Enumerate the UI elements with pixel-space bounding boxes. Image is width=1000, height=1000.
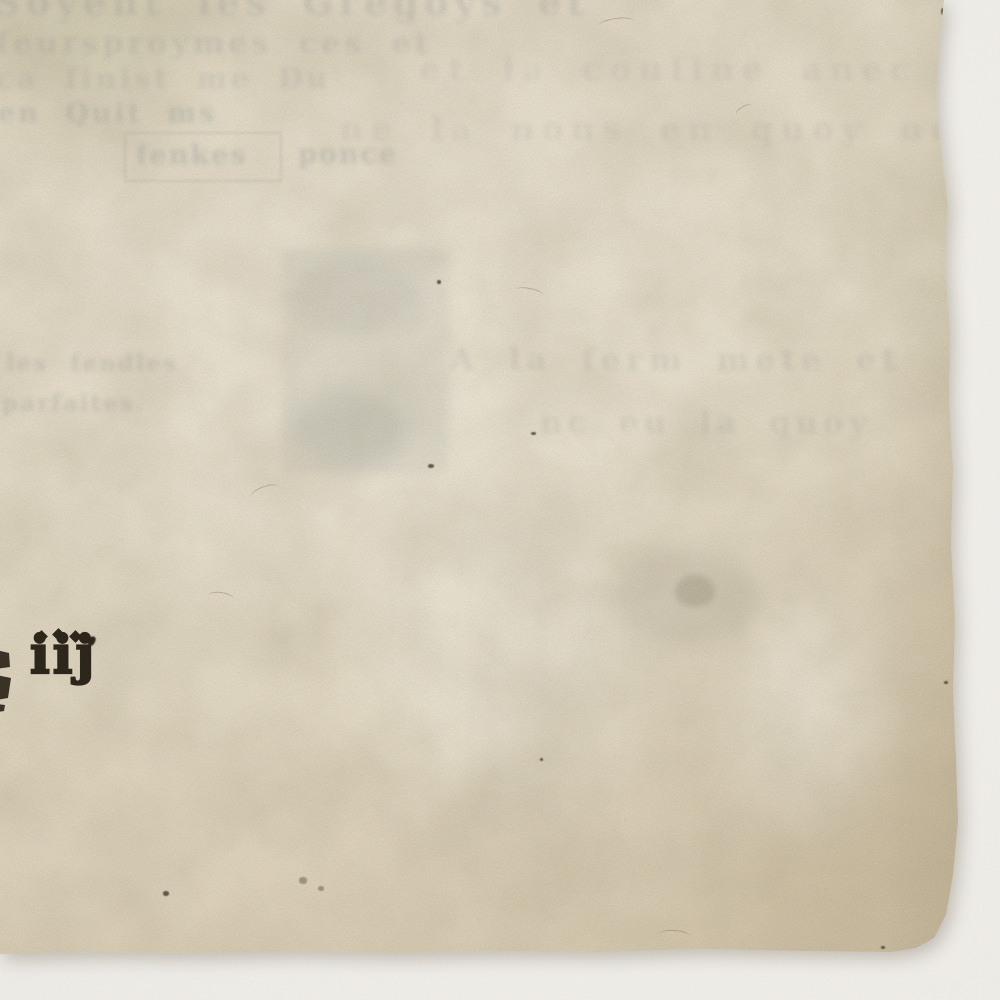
paper-fiber: [734, 102, 753, 117]
dark-speck: [540, 758, 543, 761]
brown-speck: [299, 877, 307, 884]
partial-letter-glyph: [0, 642, 22, 722]
ghost-marginal-note: parfaites.: [2, 390, 145, 417]
dark-speck: [881, 946, 885, 949]
paper-fiber: [597, 16, 634, 32]
smudge-dark-area-bottom: [295, 388, 407, 470]
brown-speck: [318, 886, 324, 891]
ghost-text-line: ne la nons en quoy ne: [340, 110, 959, 148]
ghost-text-line: A la ferm mete et: [450, 342, 902, 378]
signature-mark: iij: [0, 626, 120, 710]
ghost-text-line: nc eu la quoy: [540, 405, 872, 441]
stain-olive-top-left: [0, 0, 200, 90]
ghost-marginal-note: les fendles: [6, 350, 178, 377]
ghost-catchword-box-outline: [124, 132, 282, 182]
ghost-text-line: et la couline anec et: [420, 50, 1000, 88]
dark-speck: [163, 891, 169, 896]
ghost-text-line: ca finist me Du: [0, 62, 331, 95]
paper-leaf: Soyent les Gregoys et feursproymes ces e…: [0, 0, 1000, 1000]
dark-speck: [437, 280, 441, 284]
ghost-text-line: feursproymes ces et: [0, 26, 433, 61]
paper-shadow-wrap: Soyent les Gregoys et feursproymes ces e…: [0, 0, 1000, 1000]
stain-gray-web: [613, 548, 758, 648]
stain-bottom-center: [355, 818, 600, 933]
paper-fiber: [515, 285, 544, 300]
ghost-text-word: ponce: [298, 139, 398, 170]
smudge-dark-area-top: [292, 255, 422, 335]
paper-fiber: [249, 481, 282, 503]
stain-tan-bottom-right: [755, 755, 1000, 985]
ghost-text-line: Soyent les Gregoys et: [0, 0, 590, 24]
dark-speck: [944, 681, 948, 684]
pale-zone-center: [370, 530, 640, 800]
photograph-of-antique-paper: Soyent les Gregoys et feursproymes ces e…: [0, 0, 1000, 1000]
paper-fiber: [207, 590, 234, 605]
ghost-text-line: en Quit ms: [0, 98, 217, 129]
dark-speck: [941, 8, 946, 15]
stain-gray-web-core: [675, 575, 715, 607]
dark-speck: [531, 432, 536, 435]
stain-vertical-streak: [498, 475, 583, 885]
pale-zone-right: [730, 595, 880, 825]
dark-speck: [428, 464, 434, 468]
paper-fiber: [660, 929, 691, 942]
